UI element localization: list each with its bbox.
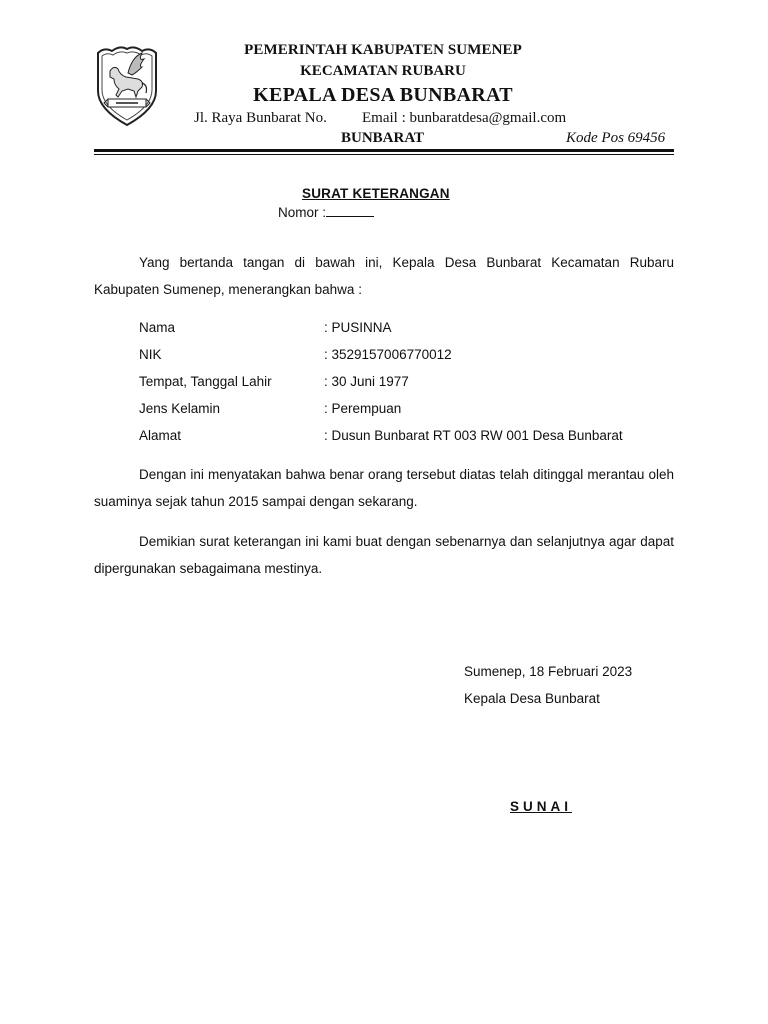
letterhead-address: Jl. Raya Bunbarat No. — [194, 110, 327, 127]
field-value: : Perempuan — [324, 395, 401, 422]
signature-place-date: Sumenep, 18 Februari 2023 — [464, 664, 632, 679]
letterhead-office: KEPALA DESA BUNBARAT — [180, 84, 586, 107]
statement-paragraph: Dengan ini menyatakan bahwa benar orang … — [94, 461, 674, 515]
closing-paragraph: Demikian surat keterangan ini kami buat … — [94, 528, 674, 582]
document-number-blank — [326, 204, 374, 217]
field-label: Alamat — [139, 422, 181, 449]
document-title: SURAT KETERANGAN — [302, 186, 450, 201]
opening-paragraph: Yang bertanda tangan di bawah ini, Kepal… — [94, 249, 674, 303]
field-value: : 30 Juni 1977 — [324, 368, 409, 395]
signature-name: SUNAI — [510, 799, 572, 814]
field-label: Tempat, Tanggal Lahir — [139, 368, 272, 395]
letterhead-email: Email : bunbaratdesa@gmail.com — [362, 110, 566, 127]
document-number: Nomor : — [278, 204, 374, 220]
letterhead-village: BUNBARAT — [341, 130, 424, 147]
field-value: : 3529157006770012 — [324, 341, 452, 368]
field-value: : Dusun Bunbarat RT 003 RW 001 Desa Bunb… — [324, 422, 623, 449]
regency-crest-icon — [92, 43, 162, 127]
document-number-label: Nomor : — [278, 205, 326, 220]
field-label: Jens Kelamin — [139, 395, 220, 422]
field-label: Nama — [139, 314, 175, 341]
letterhead-postal-code: Kode Pos 69456 — [566, 130, 665, 147]
letterhead-divider-thin — [94, 154, 674, 155]
letterhead-government: PEMERINTAH KABUPATEN SUMENEP — [180, 42, 586, 59]
letterhead-divider-thick — [94, 149, 674, 152]
signature-role: Kepala Desa Bunbarat — [464, 691, 600, 706]
letterhead-district: KECAMATAN RUBARU — [180, 63, 586, 80]
field-value: : PUSINNA — [324, 314, 392, 341]
field-label: NIK — [139, 341, 162, 368]
